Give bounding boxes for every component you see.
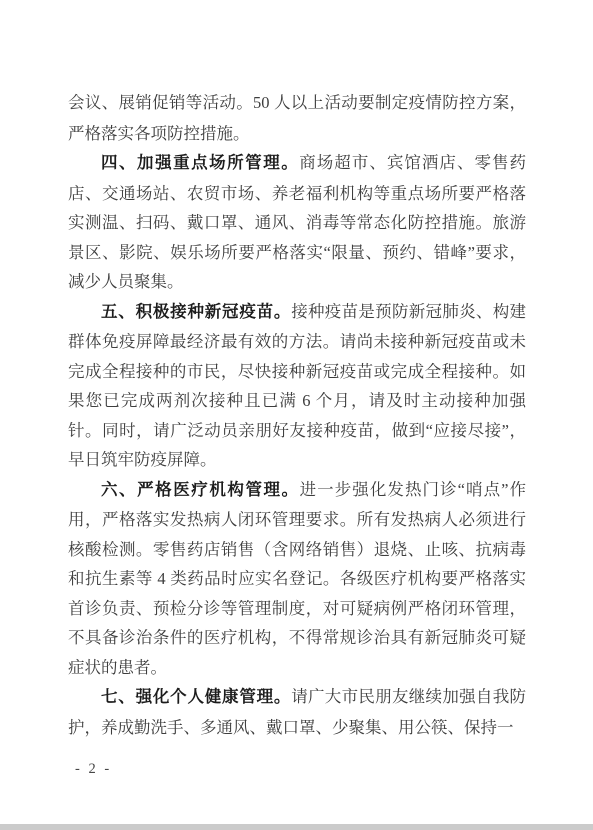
paragraph-text: 商场超市、宾馆酒店、零售药店、交通场站、农贸市场、养老福利机构等重点场所要严格落…: [68, 153, 526, 291]
paragraph-section-4: 四、加强重点场所管理。商场超市、宾馆酒店、零售药店、交通场站、农贸市场、养老福利…: [68, 148, 526, 297]
paragraph-text: 接种疫苗是预防新冠肺炎、构建群体免疫屏障最经济最有效的方法。请尚未接种新冠疫苗或…: [68, 302, 526, 470]
paragraph-section-5: 五、积极接种新冠疫苗。接种疫苗是预防新冠肺炎、构建群体免疫屏障最经济最有效的方法…: [68, 297, 526, 475]
paragraph-section-7: 七、强化个人健康管理。请广大市民朋友继续加强自我防护，养成勤洗手、多通风、戴口罩…: [68, 682, 526, 742]
document-body: 会议、展销促销等活动。50 人以上活动要制定疫情防控方案，严格落实各项防控措施。…: [68, 88, 526, 742]
paragraph-continuation: 会议、展销促销等活动。50 人以上活动要制定疫情防控方案，严格落实各项防控措施。: [68, 88, 526, 148]
section-heading: 六、严格医疗机构管理。: [101, 481, 300, 499]
page-bottom-edge: [0, 824, 593, 830]
section-heading: 五、积极接种新冠疫苗。: [101, 303, 291, 321]
paragraph-text: 进一步强化发热门诊“哨点”作用，严格落实发热病人闭环管理要求。所有发热病人必须进…: [68, 480, 526, 677]
paragraph-section-6: 六、严格医疗机构管理。进一步强化发热门诊“哨点”作用，严格落实发热病人闭环管理要…: [68, 475, 526, 683]
section-heading: 四、加强重点场所管理。: [101, 154, 299, 172]
paragraph-text: 会议、展销促销等活动。50 人以上活动要制定疫情防控方案，严格落实各项防控措施。: [68, 93, 526, 143]
section-heading: 七、强化个人健康管理。: [101, 688, 291, 706]
document-page: 会议、展销促销等活动。50 人以上活动要制定疫情防控方案，严格落实各项防控措施。…: [0, 0, 593, 830]
page-number: - 2 -: [75, 761, 112, 778]
